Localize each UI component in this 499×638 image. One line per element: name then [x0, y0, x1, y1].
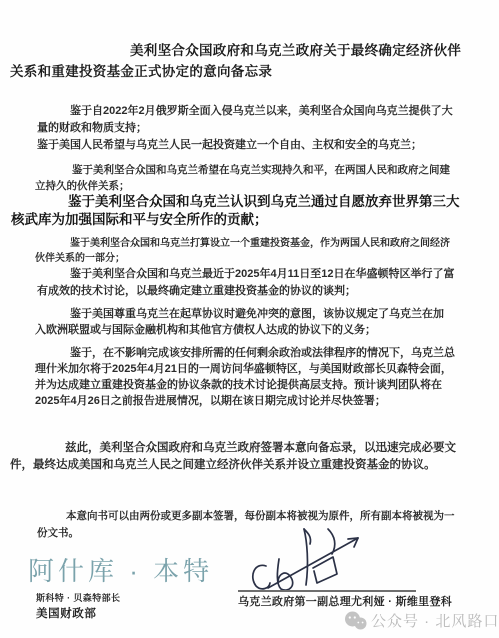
- watermark: 公众号 · 北风路口: [344, 610, 499, 631]
- us-signatory-organization: 美国财政部: [36, 605, 97, 621]
- wechat-official-account-icon: [344, 611, 367, 631]
- watermark-text: 公众号 · 北风路口: [371, 610, 499, 631]
- paragraph-pm-visit: 鉴于，在不影响完成该安排所需的任何剩余政治或法律程序的情况下，乌克兰总理什米加尔…: [35, 345, 457, 409]
- us-signatory-title: 斯科特 · 贝森特部长: [36, 591, 120, 604]
- signature-line: [238, 590, 416, 592]
- paragraph-support-since-2022: 鉴于自2022年2月俄罗斯全面入侵乌克兰以来，美利坚合众国向乌克兰提供了大量的财…: [37, 103, 462, 136]
- paragraph-people-invest: 鉴于美国人民希望与乌克兰人民一起投资建立一个自由、主权和安全的乌克兰；: [37, 137, 477, 153]
- paragraph-fund-partnership: 鉴于美利坚合众国和乌克兰打算设立一个重建投资基金，作为两国人民和政府之间经济伙伴…: [35, 236, 453, 266]
- document-page: 美利坚合众国政府和乌克兰政府关于最终确定经济伙伴关系和重建投资基金正式协定的意向…: [0, 0, 499, 638]
- paragraph-technical-talks: 鉴于美利坚合众国和乌克兰最近于2025年4月11日至12日在华盛顿特区举行了富有…: [37, 266, 461, 299]
- us-signatory-stylized-name: 阿什库 · 本特: [28, 551, 213, 588]
- paragraph-eu-obligations: 鉴于美国尊重乌克兰在起草协议时避免冲突的意图，该协议规定了乌克兰在加入欧洲联盟或…: [35, 306, 453, 338]
- paragraph-nuclear-arsenal: 鉴于美利坚合众国和乌克兰认识到乌克兰通过自愿放弃世界第三大核武库为加强国际和平与…: [11, 193, 463, 228]
- paragraph-lasting-peace: 鉴于美利坚合众国和乌克兰希望在乌克兰实现持久和平，在两国人民和政府之间建立持久的…: [35, 163, 460, 194]
- paragraph-herewith-sign: 兹此，美利坚合众国政府和乌克兰政府签署本意向备忘录，以迅速完成必要文件，最终达成…: [10, 440, 458, 473]
- ukraine-signatory-title: 乌克兰政府第一副总理尤利娅 · 斯维里登科: [238, 593, 468, 609]
- handwritten-signature-icon: [236, 523, 426, 595]
- document-title: 美利坚合众国政府和乌克兰政府关于最终确定经济伙伴关系和重建投资基金正式协定的意向…: [10, 40, 463, 82]
